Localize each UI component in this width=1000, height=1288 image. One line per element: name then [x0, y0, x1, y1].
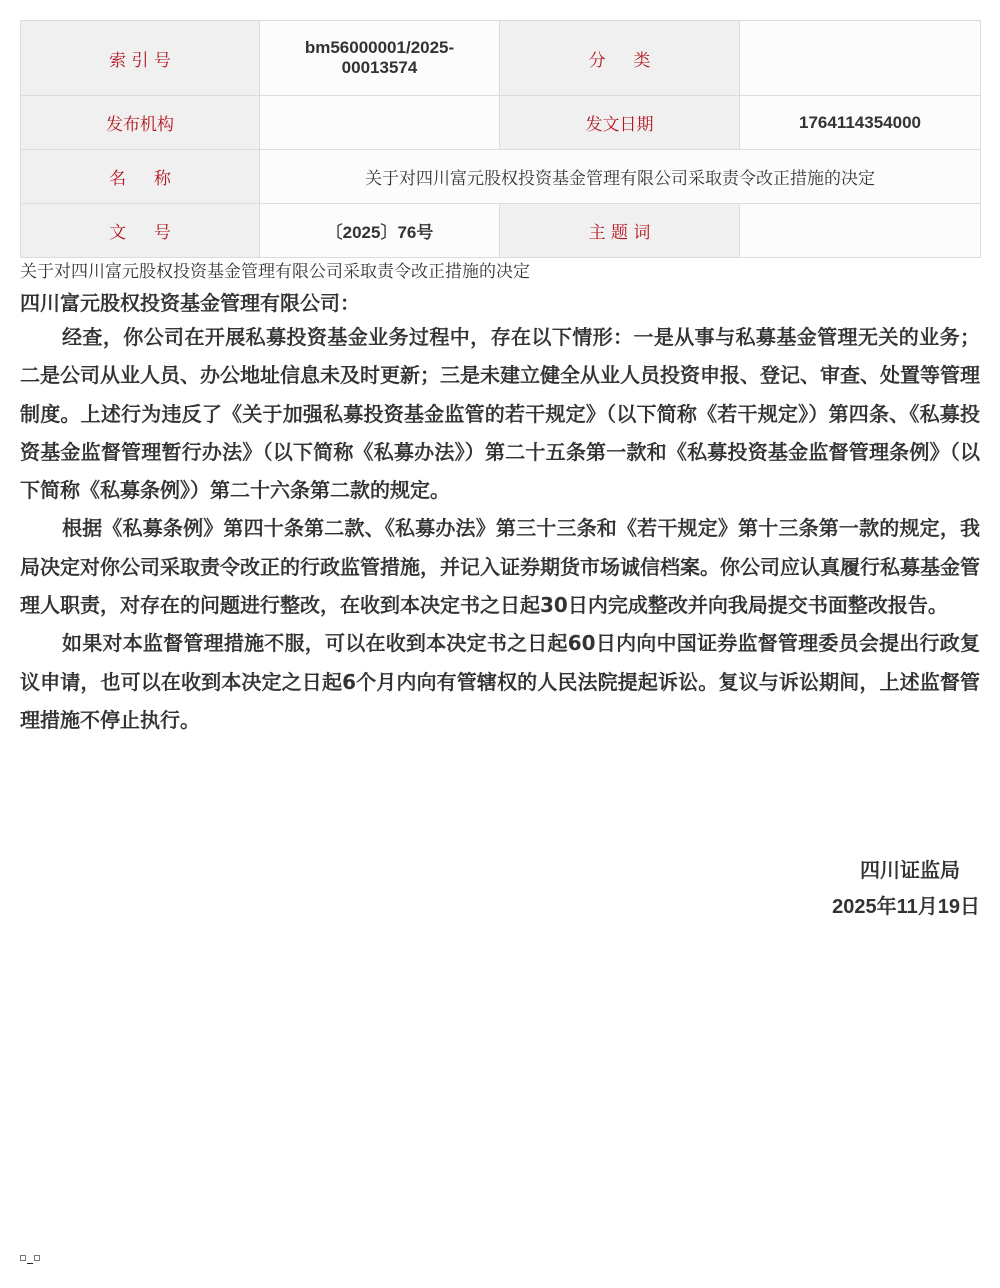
missing-glyph-icon	[34, 1255, 40, 1261]
underscore-glyph-icon	[27, 1263, 33, 1264]
body-paragraph-decision: 根据《私募条例》第四十条第二款、《私募办法》第三十三条和《若干规定》第十三条第一…	[20, 509, 980, 624]
body-paragraph-findings: 经查，你公司在开展私募投资基金业务过程中，存在以下情形：一是从事与私募基金管理无…	[20, 318, 980, 509]
footer-placeholder-glyph-icon	[20, 1254, 41, 1264]
meta-row-name: 名 称 关于对四川富元股权投资基金管理有限公司采取责令改正措施的决定	[21, 150, 981, 204]
keywords-label: 主 题 词	[500, 204, 740, 258]
body-paragraph-appeal: 如果对本监督管理措施不服，可以在收到本决定书之日起60日内向中国证券监督管理委员…	[20, 624, 980, 739]
document-metadata-table: 索 引 号 bm56000001/2025-00013574 分 类 发布机构 …	[20, 20, 981, 258]
publisher-label: 发布机构	[21, 96, 260, 150]
meta-row-publisher: 发布机构 发文日期 1764114354000	[21, 96, 981, 150]
issuer-name: 四川证监局	[832, 852, 980, 888]
addressee: 四川富元股权投资基金管理有限公司：	[20, 289, 360, 317]
category-label: 分 类	[500, 21, 740, 96]
meta-row-index: 索 引 号 bm56000001/2025-00013574 分 类	[21, 21, 981, 96]
name-label: 名 称	[21, 150, 260, 204]
category-value	[740, 21, 981, 96]
doc-number-label: 文 号	[21, 204, 260, 258]
signature-block: 四川证监局 2025年11月19日	[832, 852, 980, 926]
index-number-label: 索 引 号	[21, 21, 260, 96]
keywords-value	[740, 204, 981, 258]
document-title: 关于对四川富元股权投资基金管理有限公司采取责令改正措施的决定	[20, 260, 530, 284]
issue-date-value: 1764114354000	[740, 96, 981, 150]
meta-row-doc-number: 文 号 〔2025〕76号 主 题 词	[21, 204, 981, 258]
publisher-value	[260, 96, 500, 150]
index-number-value: bm56000001/2025-00013574	[260, 21, 500, 96]
missing-glyph-icon	[20, 1255, 26, 1261]
name-value: 关于对四川富元股权投资基金管理有限公司采取责令改正措施的决定	[260, 150, 981, 204]
doc-number-value: 〔2025〕76号	[260, 204, 500, 258]
document-body: 经查，你公司在开展私募投资基金业务过程中，存在以下情形：一是从事与私募基金管理无…	[20, 318, 980, 739]
issue-date-label: 发文日期	[500, 96, 740, 150]
signature-date: 2025年11月19日	[832, 888, 980, 926]
